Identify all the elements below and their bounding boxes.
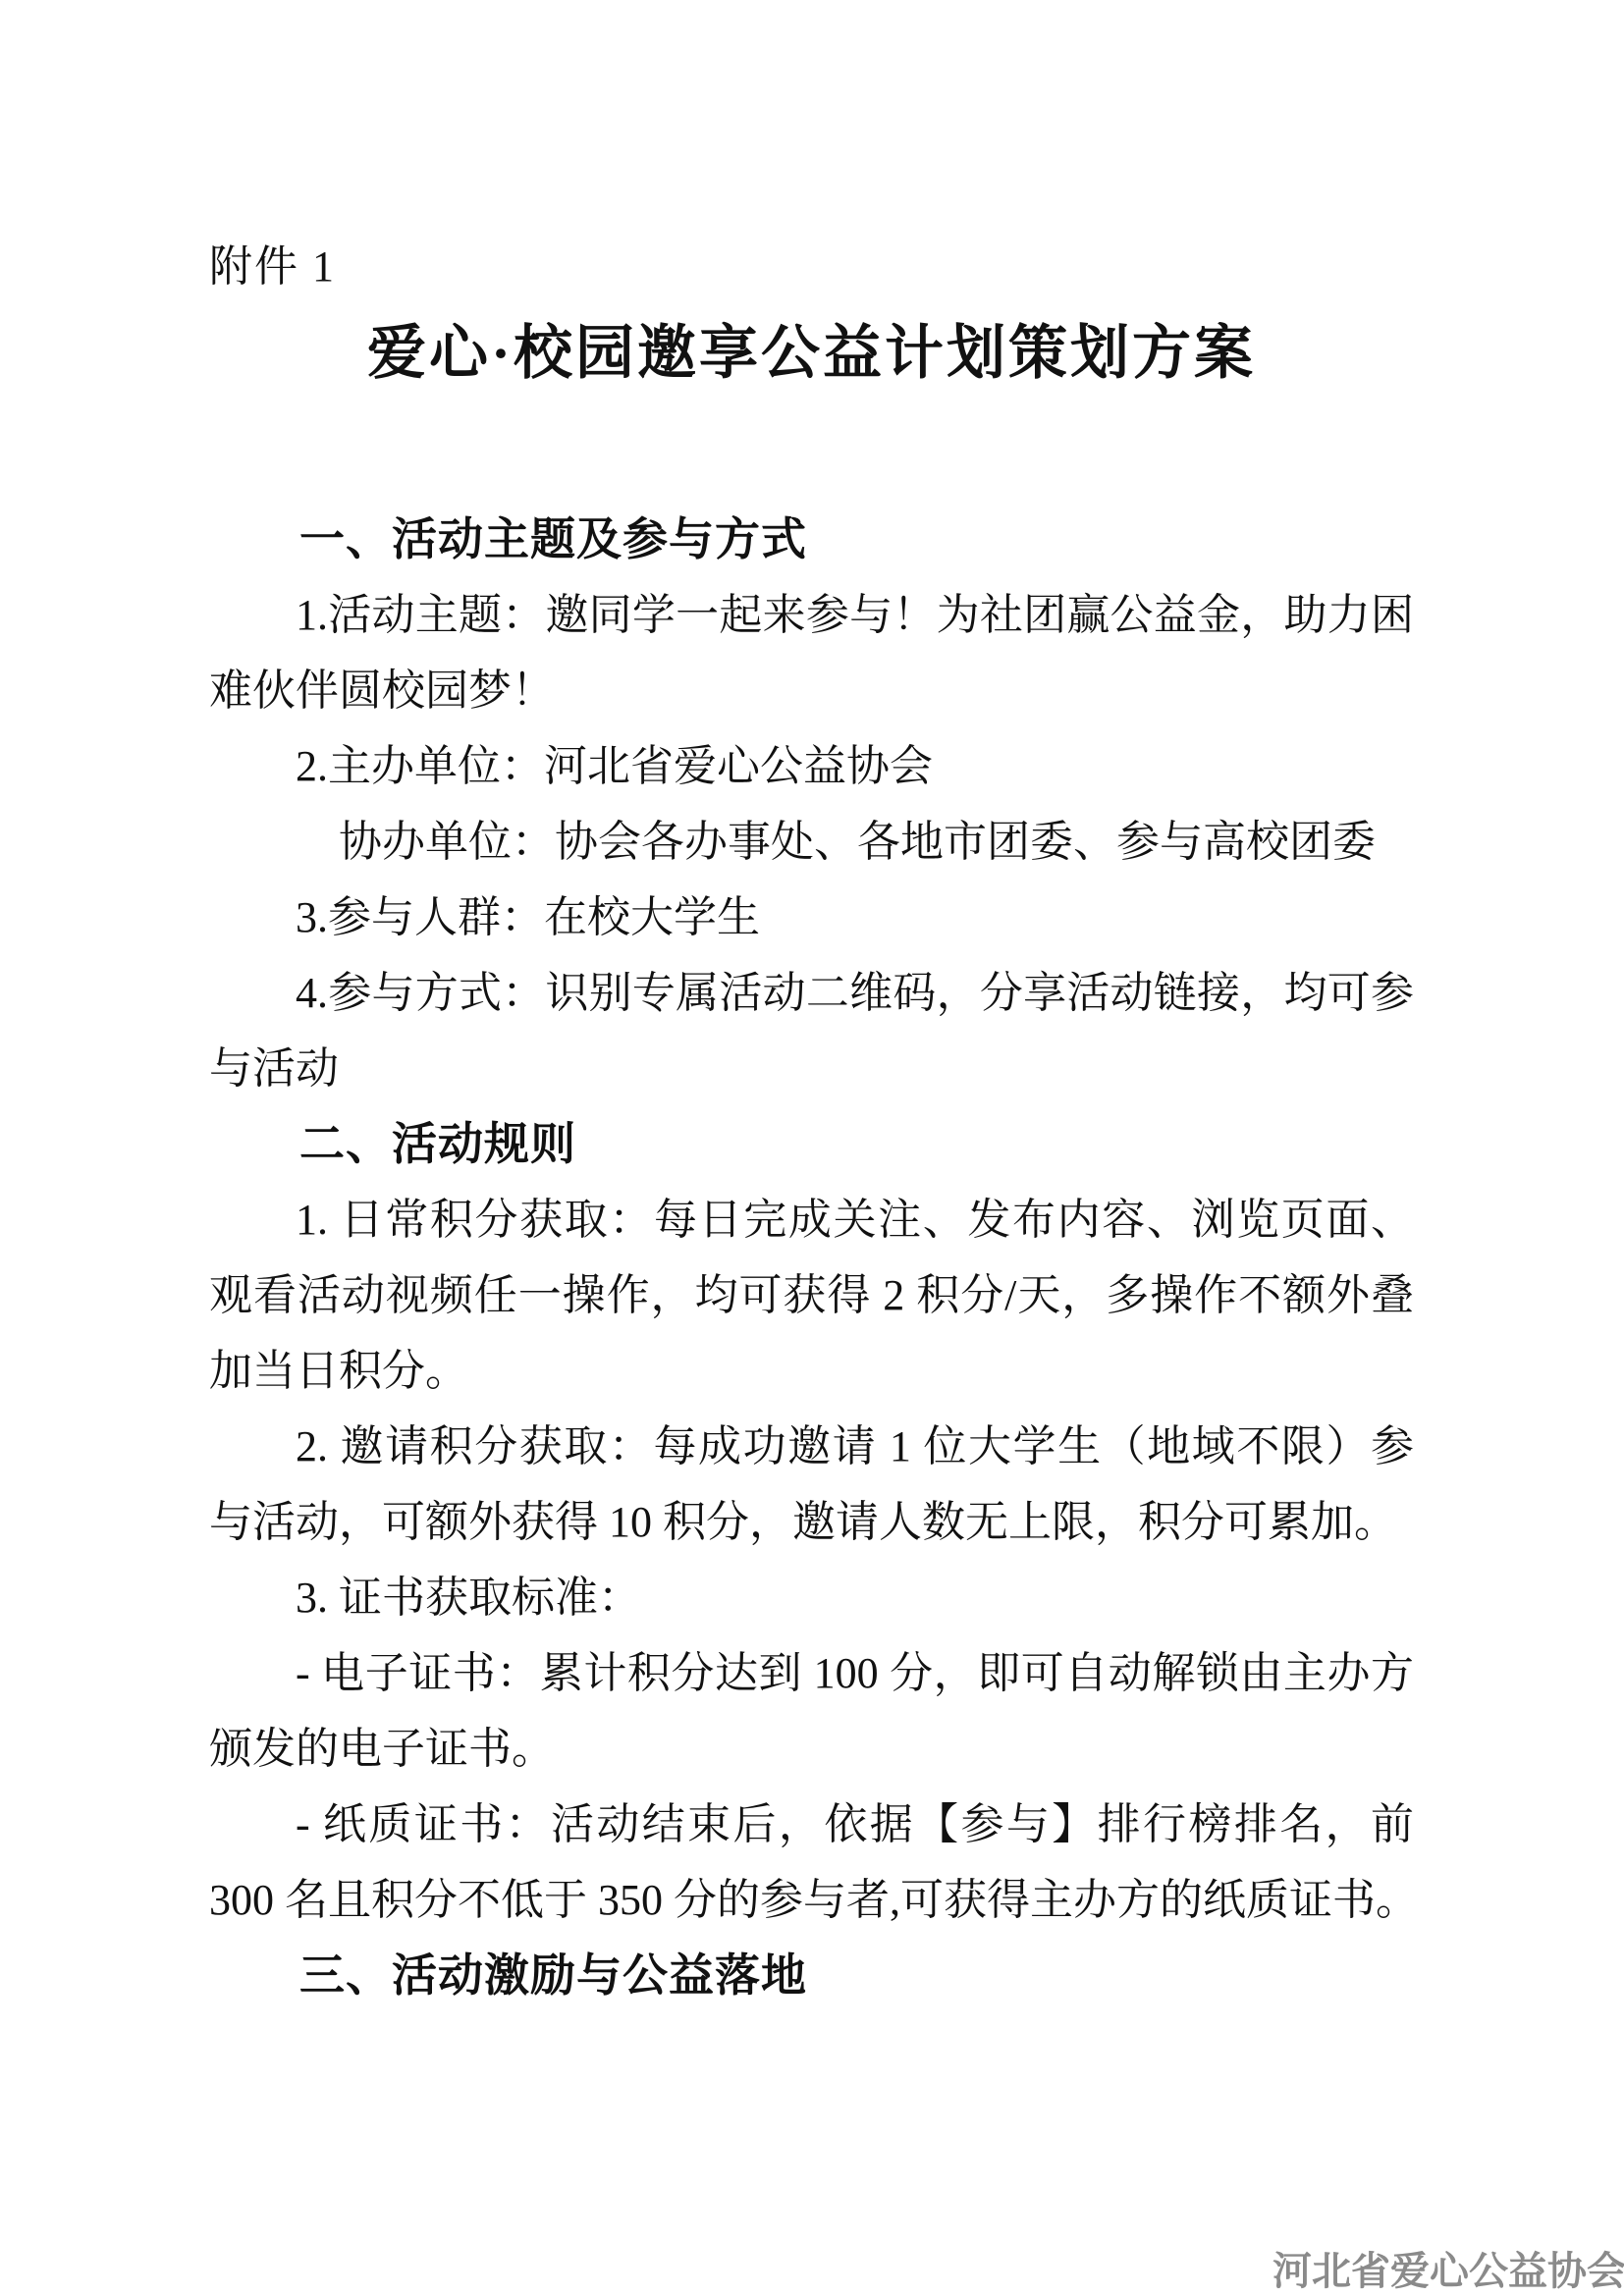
text-line: 3.参与人群：在校大学生 [209,880,1414,955]
document-title: 爱心·校园邀享公益计划策划方案 [209,314,1414,393]
text-line: - 电子证书：累计积分达到 100 分，即可自动解锁由主办方 [209,1635,1414,1711]
document-body: 一、活动主题及参与方式1.活动主题：邀同学一起来参与！为社团赢公益金，助力困难伙… [209,502,1414,2013]
section-heading: 三、活动激励与公益落地 [209,1938,1414,2013]
text-line: 1. 日常积分获取：每日完成关注、发布内容、浏览页面、 [209,1182,1414,1257]
text-line: 与活动，可额外获得 10 积分，邀请人数无上限，积分可累加。 [209,1484,1414,1560]
text-line: 3. 证书获取标准： [209,1560,1414,1635]
attachment-label: 附件 1 [209,240,336,294]
text-line: 加当日积分。 [209,1333,1414,1409]
text-line: 2.主办单位：河北省爱心公益协会 [209,728,1414,804]
section-heading: 一、活动主题及参与方式 [209,502,1414,577]
text-line: 颁发的电子证书。 [209,1711,1414,1787]
section-heading: 二、活动规则 [209,1106,1414,1182]
text-line: 与活动 [209,1031,1414,1106]
organization-watermark: 河北省爱心公益协会 [1272,2249,1624,2294]
text-line: 协办单位：协会各办事处、各地市团委、参与高校团委 [209,804,1414,880]
document-page: 附件 1 爱心·校园邀享公益计划策划方案 一、活动主题及参与方式1.活动主题：邀… [0,0,1624,2296]
text-line: 观看活动视频任一操作，均可获得 2 积分/天，多操作不额外叠 [209,1257,1414,1333]
text-line: - 纸质证书：活动结束后，依据【参与】排行榜排名，前 [209,1787,1414,1862]
text-line: 300 名且积分不低于 350 分的参与者,可获得主办方的纸质证书。 [209,1862,1414,1938]
text-line: 2. 邀请积分获取：每成功邀请 1 位大学生（地域不限）参 [209,1409,1414,1484]
text-line: 1.活动主题：邀同学一起来参与！为社团赢公益金，助力困 [209,577,1414,653]
text-line: 4.参与方式：识别专属活动二维码，分享活动链接，均可参 [209,955,1414,1031]
text-line: 难伙伴圆校园梦！ [209,653,1414,728]
